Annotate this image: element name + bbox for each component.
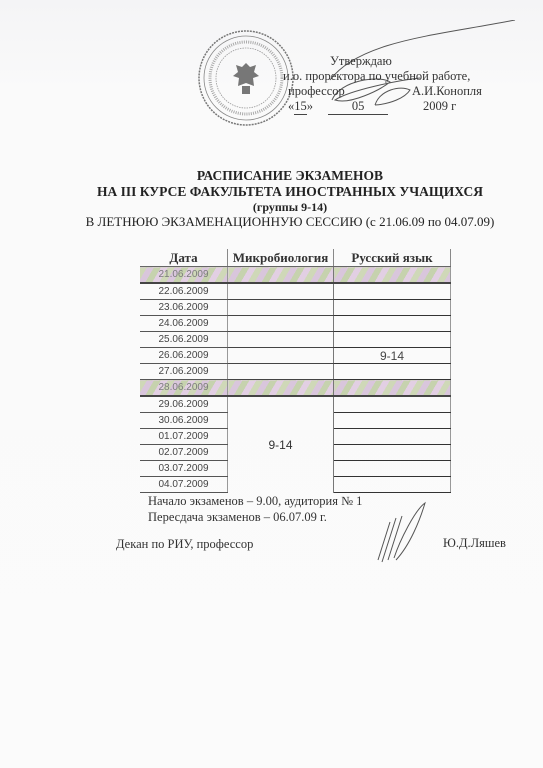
cell-russian — [334, 300, 451, 316]
cell-microbiology — [228, 364, 334, 380]
table-row: 29.06.20099-14 — [140, 396, 451, 413]
dean-title: Декан по РИУ, профессор — [116, 537, 253, 552]
cell-date: 30.06.2009 — [140, 413, 228, 429]
cell-russian — [334, 380, 451, 397]
cell-date: 26.06.2009 — [140, 348, 228, 364]
dean-name: Ю.Д.Ляшев — [443, 536, 506, 551]
cell-microbiology — [228, 283, 334, 300]
cell-russian — [334, 332, 451, 348]
title-line-2: НА III КУРСЕ ФАКУЛЬТЕТА ИНОСТРАННЫХ УЧАЩ… — [60, 184, 520, 200]
cell-russian — [334, 283, 451, 300]
cell-microbiology — [228, 316, 334, 332]
cell-date: 25.06.2009 — [140, 332, 228, 348]
approval-title-line: профессор А.И.Конопля — [268, 84, 508, 99]
column-header-date: Дата — [140, 249, 228, 267]
exam-notes: Начало экзаменов – 9.00, аудитория № 1 П… — [148, 493, 362, 525]
cell-russian — [334, 396, 451, 413]
approval-day: 15 — [294, 99, 307, 115]
cell-microbiology — [228, 300, 334, 316]
cell-date: 27.06.2009 — [140, 364, 228, 380]
approval-month: 05 — [328, 99, 388, 115]
table-row: 26.06.20099-14 — [140, 348, 451, 364]
cell-date: 03.07.2009 — [140, 461, 228, 477]
table-row: 23.06.2009 — [140, 300, 451, 316]
document-title: РАСПИСАНИЕ ЭКЗАМЕНОВ НА III КУРСЕ ФАКУЛЬ… — [60, 168, 520, 229]
cell-microbiology — [228, 348, 334, 364]
table-row-holiday: 21.06.2009 — [140, 267, 451, 284]
title-line-1: РАСПИСАНИЕ ЭКЗАМЕНОВ — [60, 168, 520, 184]
cell-date: 23.06.2009 — [140, 300, 228, 316]
cell-date: 01.07.2009 — [140, 429, 228, 445]
approval-position: и.о. проректора по учебной работе, — [268, 69, 508, 84]
approval-title: профессор — [288, 84, 345, 98]
exam-start-note: Начало экзаменов – 9.00, аудитория № 1 — [148, 493, 362, 509]
document-page: Утверждаю и.о. проректора по учебной раб… — [0, 0, 543, 768]
cell-russian — [334, 461, 451, 477]
column-header-microbiology: Микробиология — [228, 249, 334, 267]
cell-microbiology — [228, 267, 334, 284]
cell-date: 21.06.2009 — [140, 267, 228, 284]
cell-date: 24.06.2009 — [140, 316, 228, 332]
title-line-4: В ЛЕТНЮЮ ЭКЗАМЕНАЦИОННУЮ СЕССИЮ (с 21.06… — [60, 214, 520, 229]
cell-date: 29.06.2009 — [140, 396, 228, 413]
cell-date: 22.06.2009 — [140, 283, 228, 300]
approval-block: Утверждаю и.о. проректора по учебной раб… — [268, 54, 508, 115]
table-header-row: Дата Микробиология Русский язык — [140, 249, 451, 267]
cell-russian — [334, 267, 451, 284]
table-row: 25.06.2009 — [140, 332, 451, 348]
approval-heading: Утверждаю — [268, 54, 508, 69]
cell-russian — [334, 429, 451, 445]
cell-russian — [334, 445, 451, 461]
column-header-russian: Русский язык — [334, 249, 451, 267]
title-line-3: (группы 9-14) — [60, 200, 520, 214]
cell-russian: 9-14 — [334, 348, 451, 364]
cell-date: 04.07.2009 — [140, 477, 228, 493]
table-row-holiday: 28.06.2009 — [140, 380, 451, 397]
approval-year: 2009 г — [423, 99, 456, 114]
cell-date: 28.06.2009 — [140, 380, 228, 397]
cell-russian — [334, 477, 451, 493]
approval-date-line: «15» 05 2009 г — [268, 99, 508, 115]
cell-russian — [334, 364, 451, 380]
cell-microbiology-group: 9-14 — [228, 396, 334, 493]
cell-russian — [334, 413, 451, 429]
table-row: 24.06.2009 — [140, 316, 451, 332]
cell-date: 02.07.2009 — [140, 445, 228, 461]
table-row: 27.06.2009 — [140, 364, 451, 380]
dean-signature-icon — [370, 500, 430, 565]
cell-microbiology — [228, 332, 334, 348]
cell-microbiology — [228, 380, 334, 397]
table-row: 22.06.2009 — [140, 283, 451, 300]
exam-retake-note: Пересдача экзаменов – 06.07.09 г. — [148, 509, 362, 525]
cell-russian — [334, 316, 451, 332]
approval-name: А.И.Конопля — [412, 84, 482, 99]
exam-schedule-table: Дата Микробиология Русский язык 21.06.20… — [140, 249, 451, 493]
